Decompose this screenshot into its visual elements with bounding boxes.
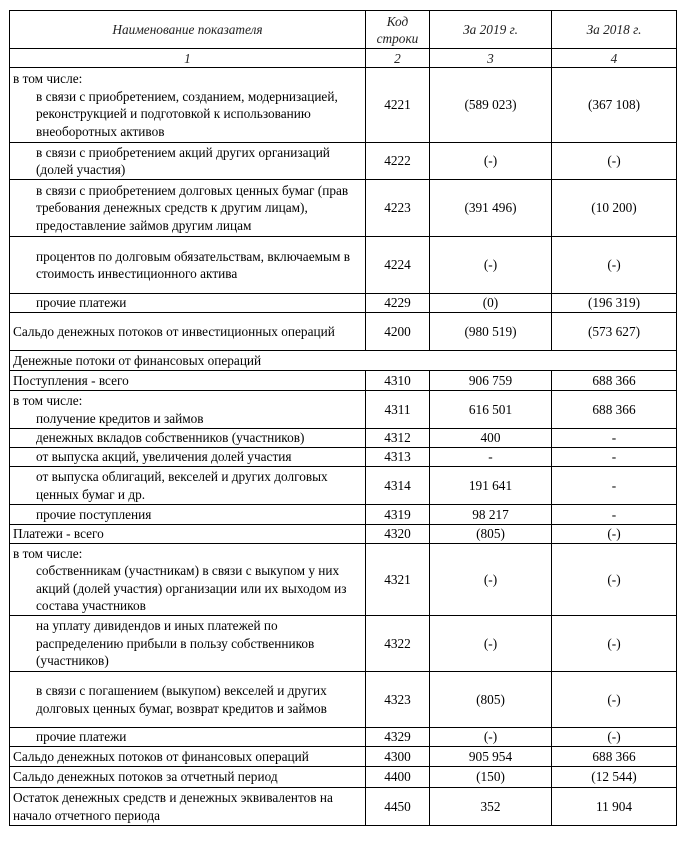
value-2018: (-) xyxy=(552,237,677,294)
row-label: в связи с приобретением акций других орг… xyxy=(13,144,362,179)
row-name: Сальдо денежных потоков от финансовых оп… xyxy=(10,747,366,767)
row-name: Остаток денежных средств и денежных экви… xyxy=(10,788,366,826)
table-row: от выпуска акций, увеличения долей участ… xyxy=(10,448,677,467)
value-2019: (805) xyxy=(430,672,552,728)
column-number-1: 1 xyxy=(10,49,366,68)
value-2018: - xyxy=(552,467,677,505)
row-code: 4222 xyxy=(366,143,430,180)
row-code: 4313 xyxy=(366,448,430,467)
table-row: в связи с приобретением долговых ценных … xyxy=(10,180,677,237)
header-row: Наименование показателя Кодстроки За 201… xyxy=(10,11,677,49)
table-row: Поступления - всего 4310 906 759 688 366 xyxy=(10,371,677,391)
value-2019: (980 519) xyxy=(430,313,552,351)
value-2019: 616 501 xyxy=(430,391,552,429)
value-2018: - xyxy=(552,505,677,525)
value-2018: 11 904 xyxy=(552,788,677,826)
value-2019: - xyxy=(430,448,552,467)
value-2018: - xyxy=(552,448,677,467)
value-2018: (12 544) xyxy=(552,767,677,788)
value-2019: 352 xyxy=(430,788,552,826)
value-2019: (0) xyxy=(430,294,552,313)
column-number-2: 2 xyxy=(366,49,430,68)
row-name: прочие поступления xyxy=(10,505,366,525)
value-2018: 688 366 xyxy=(552,371,677,391)
row-name: Поступления - всего xyxy=(10,371,366,391)
row-code: 4224 xyxy=(366,237,430,294)
row-name: в том числе: в связи с приобретением, со… xyxy=(10,68,366,143)
header-year-2018: За 2018 г. xyxy=(552,11,677,49)
row-label: от выпуска облигаций, векселей и других … xyxy=(13,468,362,503)
value-2019: (-) xyxy=(430,728,552,747)
row-label: на уплату дивидендов и иных платежей по … xyxy=(13,617,362,670)
value-2019: (-) xyxy=(430,616,552,672)
header-indicator-name: Наименование показателя xyxy=(10,11,366,49)
value-2019: 98 217 xyxy=(430,505,552,525)
row-code: 4200 xyxy=(366,313,430,351)
row-label: в связи с погашением (выкупом) векселей … xyxy=(13,682,362,717)
row-name: прочие платежи xyxy=(10,728,366,747)
table-row: от выпуска облигаций, векселей и других … xyxy=(10,467,677,505)
row-name: денежных вкладов собственников (участник… xyxy=(10,429,366,448)
value-2018: (367 108) xyxy=(552,68,677,143)
table-row: прочие платежи 4229 (0) (196 319) xyxy=(10,294,677,313)
table-row: Платежи - всего 4320 (805) (-) xyxy=(10,525,677,544)
row-code: 4400 xyxy=(366,767,430,788)
header-code-line1: Код xyxy=(387,14,409,29)
value-2018: (-) xyxy=(552,728,677,747)
row-code: 4312 xyxy=(366,429,430,448)
row-name: процентов по долговым обязательствам, вк… xyxy=(10,237,366,294)
value-2019: (589 023) xyxy=(430,68,552,143)
row-name: от выпуска облигаций, векселей и других … xyxy=(10,467,366,505)
row-prefix: в том числе: xyxy=(13,71,82,86)
value-2019: (805) xyxy=(430,525,552,544)
value-2018: (-) xyxy=(552,525,677,544)
row-code: 4322 xyxy=(366,616,430,672)
row-code: 4319 xyxy=(366,505,430,525)
table-row: денежных вкладов собственников (участник… xyxy=(10,429,677,448)
value-2018: (10 200) xyxy=(552,180,677,237)
row-label: прочие поступления xyxy=(13,506,362,524)
table-row: прочие поступления 4319 98 217 - xyxy=(10,505,677,525)
table-row: в связи с приобретением акций других орг… xyxy=(10,143,677,180)
header-code-line2: строки xyxy=(377,31,419,46)
row-name: Сальдо денежных потоков за отчетный пери… xyxy=(10,767,366,788)
section-heading-financing: Денежные потоки от финансовых операций xyxy=(10,351,677,371)
row-name: Сальдо денежных потоков от инвестиционны… xyxy=(10,313,366,351)
header-year-2019: За 2019 г. xyxy=(430,11,552,49)
header-line-code: Кодстроки xyxy=(366,11,430,49)
row-name: Платежи - всего xyxy=(10,525,366,544)
row-label: процентов по долговым обязательствам, вк… xyxy=(13,248,362,283)
row-label: получение кредитов и займов xyxy=(13,410,362,428)
row-name: прочие платежи xyxy=(10,294,366,313)
row-code: 4320 xyxy=(366,525,430,544)
row-name: на уплату дивидендов и иных платежей по … xyxy=(10,616,366,672)
value-2018: (-) xyxy=(552,143,677,180)
row-code: 4450 xyxy=(366,788,430,826)
value-2019: 906 759 xyxy=(430,371,552,391)
table-row: в том числе: собственникам (участникам) … xyxy=(10,544,677,616)
value-2019: (391 496) xyxy=(430,180,552,237)
value-2018: - xyxy=(552,429,677,448)
row-name: в том числе: получение кредитов и займов xyxy=(10,391,366,429)
value-2018: (-) xyxy=(552,672,677,728)
table-row: в том числе: в связи с приобретением, со… xyxy=(10,68,677,143)
row-code: 4221 xyxy=(366,68,430,143)
table-row: Сальдо денежных потоков за отчетный пери… xyxy=(10,767,677,788)
table-row: Сальдо денежных потоков от инвестиционны… xyxy=(10,313,677,351)
row-name: от выпуска акций, увеличения долей участ… xyxy=(10,448,366,467)
row-label: в связи с приобретением долговых ценных … xyxy=(13,182,362,235)
row-code: 4323 xyxy=(366,672,430,728)
row-label: от выпуска акций, увеличения долей участ… xyxy=(13,448,362,466)
value-2018: (196 319) xyxy=(552,294,677,313)
row-label: в связи с приобретением, созданием, моде… xyxy=(13,88,362,141)
table-row: Сальдо денежных потоков от финансовых оп… xyxy=(10,747,677,767)
row-prefix: в том числе: xyxy=(13,393,82,408)
value-2018: (573 627) xyxy=(552,313,677,351)
row-code: 4311 xyxy=(366,391,430,429)
row-label: денежных вкладов собственников (участник… xyxy=(13,429,362,447)
row-code: 4300 xyxy=(366,747,430,767)
column-number-row: 1 2 3 4 xyxy=(10,49,677,68)
row-code: 4321 xyxy=(366,544,430,616)
table-row: процентов по долговым обязательствам, вк… xyxy=(10,237,677,294)
table-row: в связи с погашением (выкупом) векселей … xyxy=(10,672,677,728)
row-code: 4314 xyxy=(366,467,430,505)
value-2018: (-) xyxy=(552,616,677,672)
row-label: прочие платежи xyxy=(13,294,362,312)
value-2018: (-) xyxy=(552,544,677,616)
column-number-3: 3 xyxy=(430,49,552,68)
value-2019: 191 641 xyxy=(430,467,552,505)
row-name: в связи с погашением (выкупом) векселей … xyxy=(10,672,366,728)
row-code: 4329 xyxy=(366,728,430,747)
value-2019: (-) xyxy=(430,544,552,616)
value-2019: (150) xyxy=(430,767,552,788)
row-name: в связи с приобретением долговых ценных … xyxy=(10,180,366,237)
value-2019: (-) xyxy=(430,237,552,294)
column-number-4: 4 xyxy=(552,49,677,68)
value-2019: 905 954 xyxy=(430,747,552,767)
row-name: в том числе: собственникам (участникам) … xyxy=(10,544,366,616)
row-code: 4223 xyxy=(366,180,430,237)
table-row: Остаток денежных средств и денежных экви… xyxy=(10,788,677,826)
row-label: собственникам (участникам) в связи с вык… xyxy=(13,562,362,615)
row-code: 4310 xyxy=(366,371,430,391)
table-row: на уплату дивидендов и иных платежей по … xyxy=(10,616,677,672)
row-name: в связи с приобретением акций других орг… xyxy=(10,143,366,180)
value-2019: (-) xyxy=(430,143,552,180)
value-2018: 688 366 xyxy=(552,747,677,767)
table-row: в том числе: получение кредитов и займов… xyxy=(10,391,677,429)
section-row: Денежные потоки от финансовых операций xyxy=(10,351,677,371)
value-2019: 400 xyxy=(430,429,552,448)
row-label: прочие платежи xyxy=(13,728,362,746)
row-code: 4229 xyxy=(366,294,430,313)
value-2018: 688 366 xyxy=(552,391,677,429)
table-row: прочие платежи 4329 (-) (-) xyxy=(10,728,677,747)
cash-flow-table: Наименование показателя Кодстроки За 201… xyxy=(9,10,677,826)
row-prefix: в том числе: xyxy=(13,546,82,561)
